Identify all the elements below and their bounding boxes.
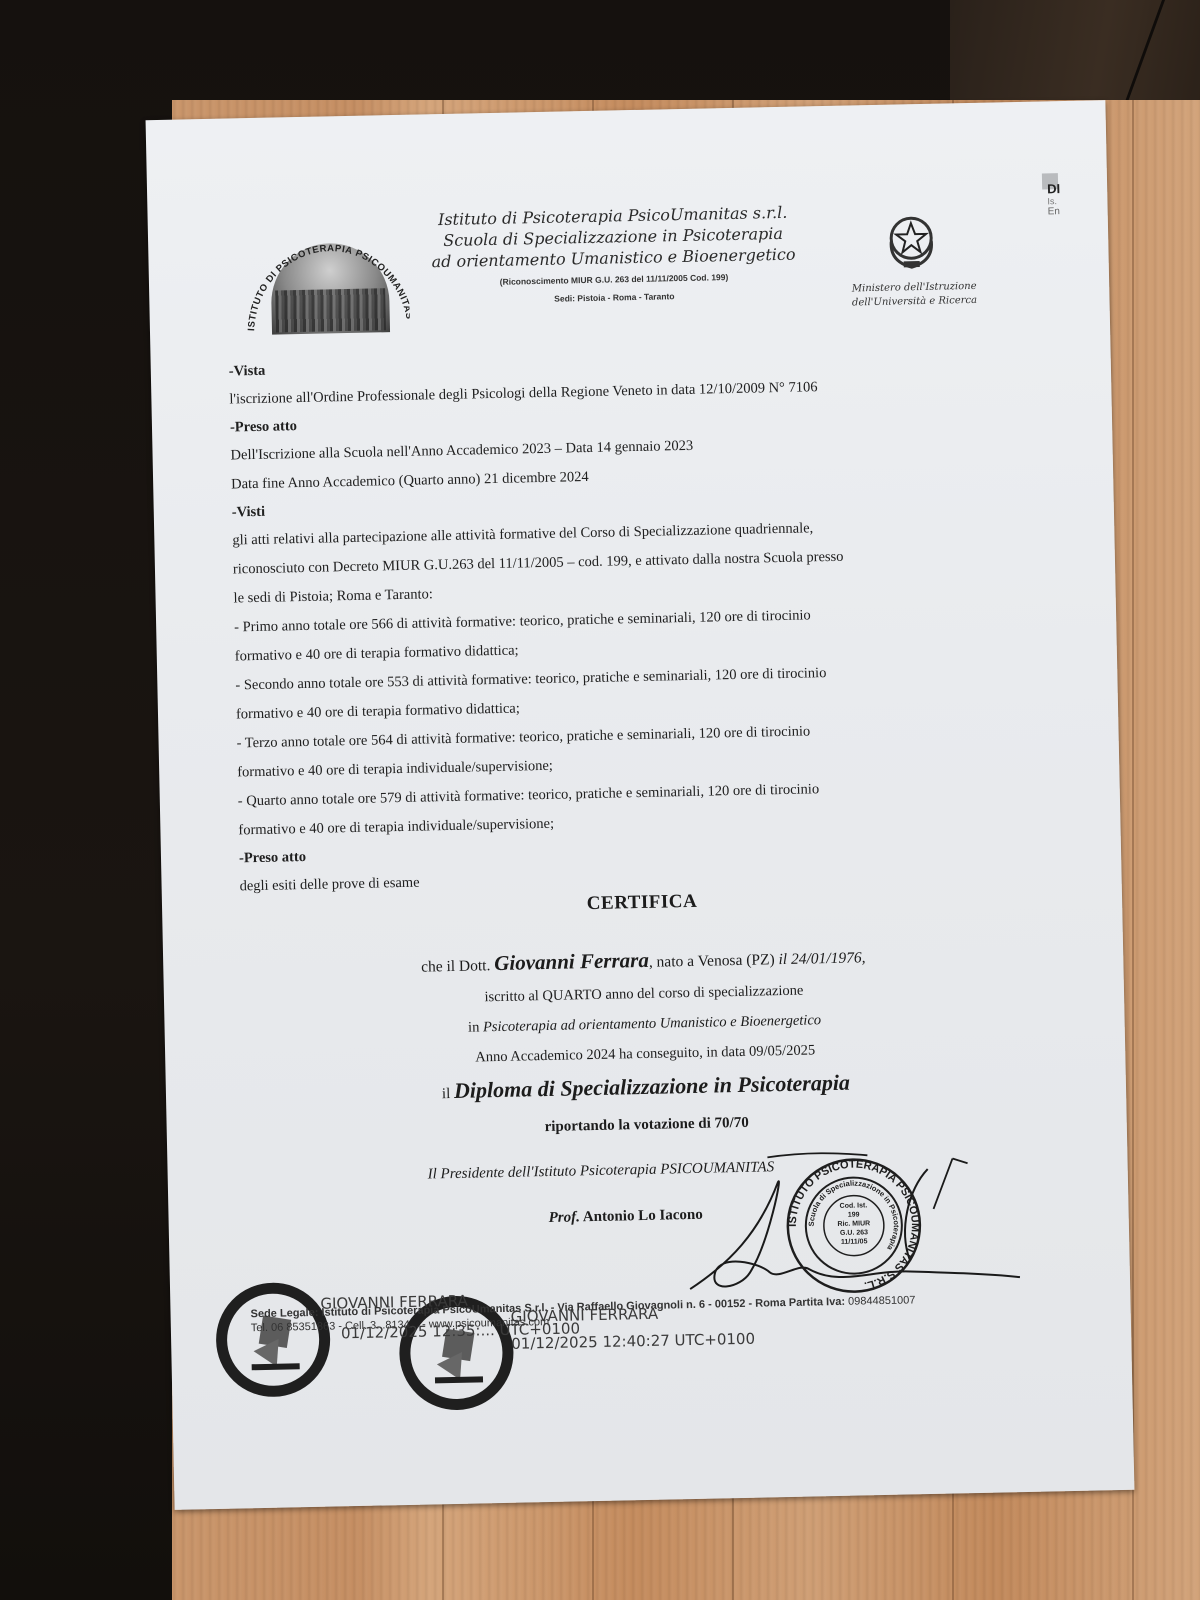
- certificate-line-name: che il Dott. Giovanni Ferrara, nato a Ve…: [163, 938, 1123, 983]
- document-body: -Vistal'iscrizione all'Ordine Profession…: [229, 344, 940, 902]
- digital-signature-badge-icon: [215, 1282, 331, 1398]
- background-shelf: [950, 0, 1200, 110]
- recognition-line: (Riconoscimento MIUR G.U. 263 del 11/11/…: [424, 270, 804, 288]
- diploma-title: Diploma di Specializzazione in Psicotera…: [454, 1070, 850, 1103]
- institute-heading: Istituto di Psicoterapia PsicoUmanitas s…: [422, 201, 804, 306]
- locations-line: Sedi: Pistoia - Roma - Taranto: [424, 288, 804, 306]
- final-grade: riportando la votazione di 70/70: [544, 1115, 748, 1135]
- certificate-line-vote: riportando la votazione di 70/70: [167, 1106, 1127, 1144]
- digital-signature-1-name: GIOVANNI FERRARA: [320, 1292, 468, 1313]
- svg-text:Cod. Ist.: Cod. Ist.: [840, 1202, 868, 1210]
- svg-text:ISTITUTO DI PSICOTERAPIA PSICO: ISTITUTO DI PSICOTERAPIA PSICOUMANITAS: [244, 241, 410, 331]
- vat-number: 09844851007: [848, 1294, 916, 1307]
- svg-text:11/11/05: 11/11/05: [841, 1238, 868, 1246]
- birth-date: il 24/01/1976,: [778, 949, 865, 968]
- recipient-name: Giovanni Ferrara: [494, 948, 649, 975]
- certificate-line-course: in Psicoterapia ad orientamento Umanisti…: [165, 1006, 1125, 1043]
- logo-arc-text: ISTITUTO DI PSICOTERAPIA PSICOUMANITAS: [238, 218, 410, 342]
- certificate-page: DI Is. En ISTITUTO DI PSICOTERAPIA PSICO…: [146, 100, 1135, 1510]
- svg-text:Ric. MIUR: Ric. MIUR: [837, 1220, 870, 1228]
- italian-republic-emblem-icon: [883, 211, 940, 272]
- certificate-line-diploma: il Diploma di Specializzazione in Psicot…: [166, 1064, 1126, 1110]
- certificate-line-enrolled: iscritto al QUARTO anno del corso di spe…: [164, 976, 1124, 1013]
- institute-stamp: ISTITUTO PSICOTERAPIA PSICOUMANITAS S.R.…: [782, 1154, 925, 1297]
- digital-signature-2-time: 01/12/2025 12:40:27 UTC+0100: [511, 1330, 755, 1353]
- letterhead: ISTITUTO DI PSICOTERAPIA PSICOUMANITAS I…: [218, 199, 921, 344]
- institute-logo: ISTITUTO DI PSICOTERAPIA PSICOUMANITAS: [238, 218, 410, 337]
- digital-signature-2-name: GIOVANNI FERRARA: [511, 1305, 659, 1326]
- svg-text:G.U. 263: G.U. 263: [840, 1229, 868, 1237]
- side-fragment-text: DI Is. En: [1047, 181, 1061, 217]
- svg-text:199: 199: [848, 1211, 860, 1218]
- ministry-line: Ministero dell'Istruzione dell'Universit…: [844, 280, 985, 311]
